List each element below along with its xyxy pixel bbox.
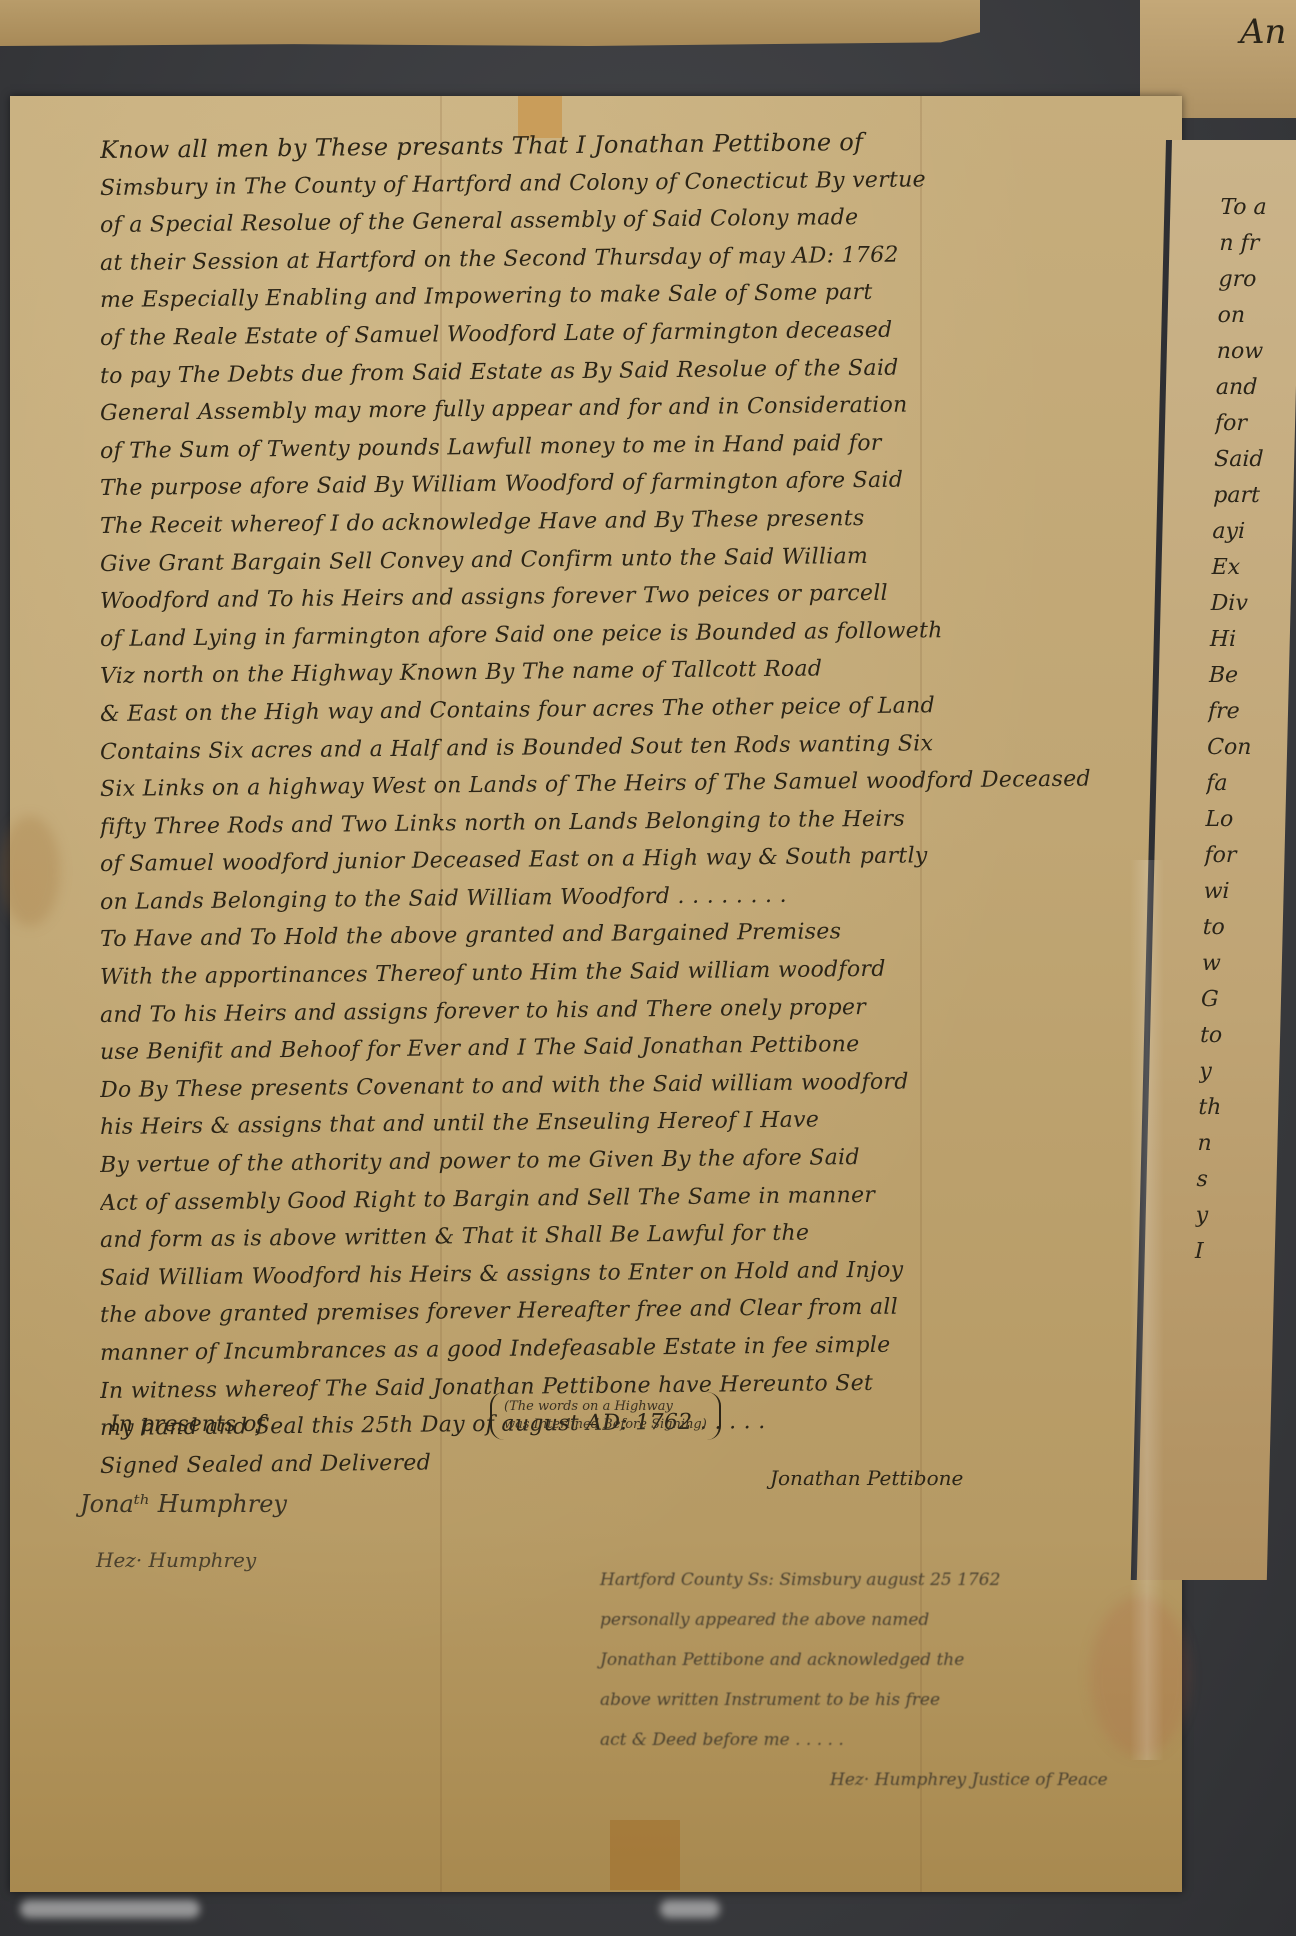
adjacent-line: I: [1194, 1234, 1244, 1270]
grantor-signature: Jonathan Pettibone: [770, 1466, 963, 1490]
paper-stain: [0, 816, 60, 926]
top-document-strip: [0, 0, 980, 46]
adjacent-line: To a: [1220, 190, 1270, 226]
adjacent-line: to: [1200, 1018, 1250, 1054]
adjacent-line: for: [1204, 838, 1254, 874]
witness-label: In presents of: [110, 1412, 264, 1437]
adjacent-line: gro: [1218, 262, 1268, 298]
tape-strip-bottom: [610, 1820, 680, 1890]
adjacent-line: y: [1199, 1054, 1249, 1090]
adjacent-line: fa: [1206, 766, 1256, 802]
adjacent-line: Con: [1207, 730, 1257, 766]
justice-signature: Hez· Humphrey Justice of Peace: [600, 1760, 1220, 1800]
light-reflection: [660, 1900, 720, 1918]
adjacent-line: wi: [1203, 874, 1253, 910]
top-right-scrap-text: An: [1240, 12, 1286, 52]
acknowledgment-line: personally appeared the above named: [600, 1600, 1220, 1640]
acknowledgment-line: act & Deed before me . . . . .: [600, 1720, 1220, 1760]
adjacent-line: y: [1195, 1198, 1245, 1234]
witness-signature: Hez· Humphrey: [96, 1548, 256, 1572]
adjacent-line: on: [1217, 298, 1267, 334]
adjacent-line: for: [1215, 406, 1265, 442]
light-reflection: [20, 1900, 200, 1918]
interlineation-note-line: (The words on a Highway: [504, 1398, 707, 1416]
adjacent-line: and: [1215, 370, 1265, 406]
adjacent-line: Lo: [1205, 802, 1255, 838]
adjacent-line: ayi: [1212, 514, 1262, 550]
adjacent-line: n: [1197, 1126, 1247, 1162]
adjacent-line: to: [1202, 910, 1252, 946]
adjacent-line: Div: [1210, 586, 1260, 622]
adjacent-line: w: [1201, 946, 1251, 982]
adjacent-line: Said: [1214, 442, 1264, 478]
interlineation-note-line: was Interlined Before Signing): [504, 1416, 707, 1434]
acknowledgment-line: Jonathan Pettibone and acknowledged the: [600, 1640, 1220, 1680]
adjacent-line: th: [1198, 1090, 1248, 1126]
adjacent-line: s: [1196, 1162, 1246, 1198]
adjacent-line: Ex: [1211, 550, 1261, 586]
interlineation-note: (The words on a Highway was Interlined B…: [490, 1392, 721, 1440]
adjacent-line: part: [1213, 478, 1263, 514]
adjacent-line: Be: [1208, 658, 1258, 694]
deed-text-body: Know all men by These presants That I Jo…: [100, 132, 1180, 1485]
acknowledgment-block: Hartford County Ss: Simsbury august 25 1…: [600, 1560, 1220, 1800]
adjacent-line: now: [1216, 334, 1266, 370]
acknowledgment-line: above written Instrument to be his free: [600, 1680, 1220, 1720]
adjacent-line: Hi: [1209, 622, 1259, 658]
acknowledgment-line: Hartford County Ss: Simsbury august 25 1…: [600, 1560, 1220, 1600]
adjacent-line: G: [1201, 982, 1251, 1018]
adjacent-line: fre: [1208, 694, 1258, 730]
adjacent-line: n fr: [1219, 226, 1269, 262]
glass-reflection: [1130, 860, 1164, 1760]
witness-signature: Jonaᵗʰ Humphrey: [80, 1490, 287, 1518]
adjacent-document-text: To a n fr gro on now and for Said part a…: [1194, 190, 1270, 1270]
